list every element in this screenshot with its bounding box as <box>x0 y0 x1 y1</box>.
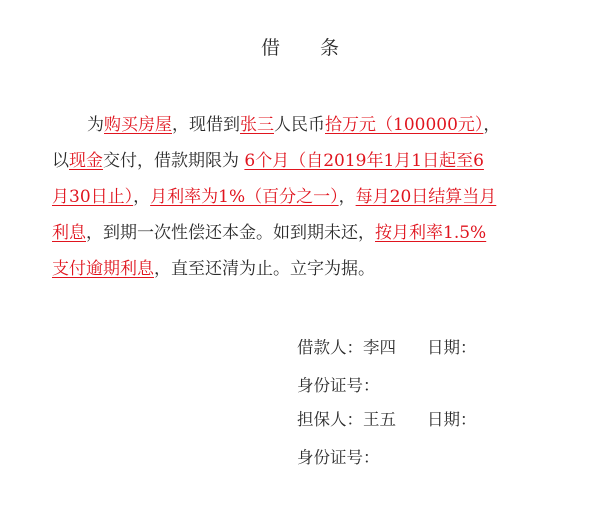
borrower-date-label: 日期： <box>427 334 477 358</box>
text-segment: 以 <box>52 151 69 171</box>
body-line-1: 为购买房屋，现借到张三人民币拾万元（100000元）， <box>52 107 562 143</box>
text-segment: ，现借到 <box>172 115 240 135</box>
title-char-1: 借 <box>261 33 280 60</box>
text-segment: ， <box>483 115 500 135</box>
loan-term-field: 6个月（自2019年1月1日起至6 <box>244 151 484 171</box>
body-line-3: 月30日止），月利率为1%（百分之一），每月20日结算当月 <box>52 179 562 215</box>
settlement-day-field-cont: 利息 <box>52 223 86 243</box>
text-segment: ，到期一次性偿还本金。如到期未还， <box>86 223 375 243</box>
lender-name-field: 张三 <box>240 115 274 135</box>
text-segment: 人民币 <box>274 115 325 135</box>
borrower-id-line: 身份证号： <box>297 372 380 396</box>
body-line-4: 利息，到期一次性偿还本金。如到期未还，按月利率1.5% <box>52 215 562 251</box>
guarantor-id-line: 身份证号： <box>297 444 380 468</box>
body-line-2: 以现金交付，借款期限为 6个月（自2019年1月1日起至6 <box>52 143 562 179</box>
text-segment: 为 <box>87 115 104 135</box>
guarantor-id-label: 身份证号： <box>297 448 380 467</box>
overdue-rate-field-cont: 支付逾期利息 <box>52 259 154 279</box>
document-title: 借条 <box>0 33 600 60</box>
borrower-id-label: 身份证号： <box>297 376 380 395</box>
loan-term-field-cont: 月30日止） <box>52 187 133 207</box>
interest-rate-field: 月利率为1%（百分之一） <box>150 187 338 207</box>
title-char-2: 条 <box>320 33 339 60</box>
amount-field: 拾万元（100000元） <box>325 115 483 135</box>
text-segment: ，直至还清为止。立字为据。 <box>154 259 375 279</box>
payment-method-field: 现金 <box>69 151 103 171</box>
body-line-5: 支付逾期利息，直至还清为止。立字为据。 <box>52 251 562 287</box>
text-segment: ， <box>339 187 356 207</box>
loan-body-paragraph: 为购买房屋，现借到张三人民币拾万元（100000元）， 以现金交付，借款期限为 … <box>52 107 562 287</box>
settlement-day-field: 每月20日结算当月 <box>356 187 497 207</box>
text-segment: 交付，借款期限为 <box>103 151 244 171</box>
guarantor-signature-line: 担保人：王五 日期： <box>297 406 396 430</box>
overdue-rate-field: 按月利率1.5% <box>375 223 486 243</box>
borrower-signature-line: 借款人：李四 日期： <box>297 334 396 358</box>
text-segment: ， <box>133 187 150 207</box>
guarantor-date-label: 日期： <box>427 406 477 430</box>
purpose-field: 购买房屋 <box>104 115 172 135</box>
borrower-label: 借款人：李四 <box>297 338 396 357</box>
guarantor-label: 担保人：王五 <box>297 410 396 429</box>
